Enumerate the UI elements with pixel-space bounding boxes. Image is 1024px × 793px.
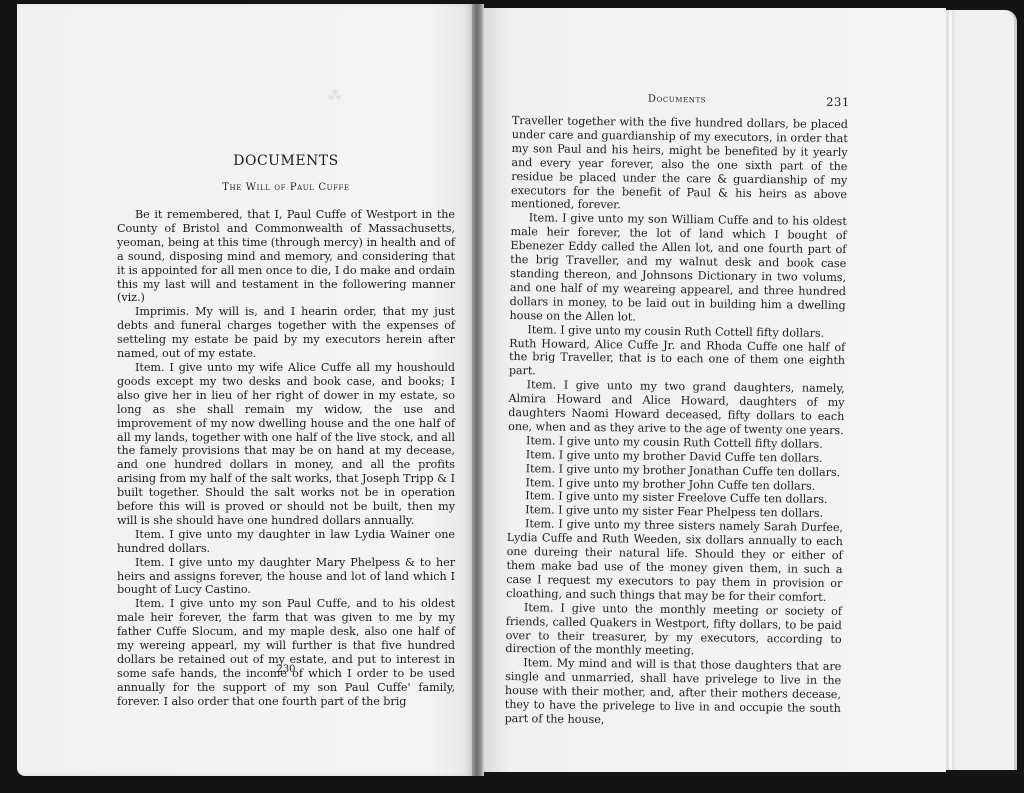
paragraph: Item. I give unto my daughter in law Lyd…	[117, 528, 455, 556]
paragraph: Item. My mind and will is that those dau…	[505, 656, 842, 730]
paragraph: Item. I give unto my wife Alice Cuffe al…	[117, 361, 455, 528]
document-subtitle: The Will of Paul Cuffe	[117, 182, 455, 193]
page-title: DOCUMENTS	[117, 153, 455, 169]
running-head-title: Documents	[648, 94, 706, 106]
paragraph: Item. I give unto my son William Cuffe a…	[509, 211, 846, 326]
paragraph: Be it remembered, that I, Paul Cuffe of …	[117, 208, 455, 305]
page-stack-edge	[946, 10, 1017, 770]
paragraph: Imprimis. My will is, and I hearin order…	[117, 305, 455, 361]
pencil-mark: ⁂	[328, 88, 346, 106]
paragraph: Item. I give unto the monthly meeting or…	[505, 601, 842, 661]
paragraph: Traveller together with the five hundred…	[511, 114, 848, 215]
paragraph: Item. I give unto my two grand daughters…	[508, 378, 845, 438]
paragraph: Item. I give unto my three sisters namel…	[506, 517, 843, 605]
paragraph: Item. I give unto my son Paul Cuffe, and…	[117, 597, 455, 708]
page-number-left: 230	[117, 664, 455, 675]
left-page-body: Be it remembered, that I, Paul Cuffe of …	[117, 208, 455, 709]
page-number-right: 231	[826, 95, 850, 109]
paragraph: Ruth Howard, Alice Cuffe Jr. and Rhoda C…	[509, 336, 845, 382]
book-gutter	[472, 4, 484, 776]
paragraph: Item. I give unto my daughter Mary Phelp…	[117, 556, 455, 598]
right-page-body: Traveller together with the five hundred…	[505, 114, 848, 730]
